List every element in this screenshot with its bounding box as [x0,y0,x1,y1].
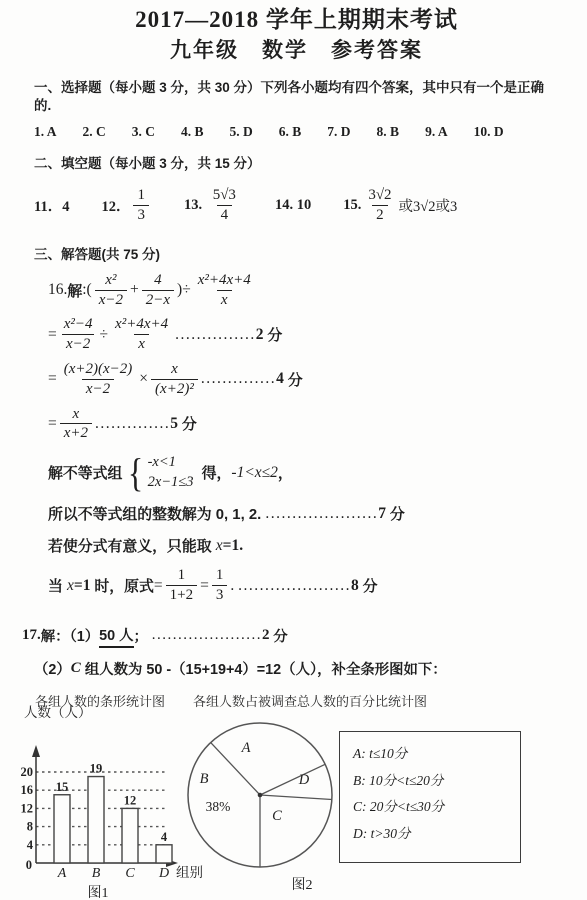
y-tick-label-8: 8 [27,820,33,834]
math-token: 若使分式有意义，只能取 [48,535,216,556]
math-line: 若使分式有意义，只能取 x=1. [48,535,559,556]
y-tick-label-20: 20 [21,765,34,779]
math-line: 解不等式组{-x<12x−1≤3 得，-1<x≤2， [48,453,559,492]
category-label-C: C [125,866,135,881]
math-token: 16. [48,281,67,299]
math-token: 分 [288,369,303,390]
math-token: 所以不等式组的整数解为 0, 1, 2. [48,503,265,524]
pie-label-B: B [200,771,209,787]
fraction: x²+4x+4x [194,272,255,309]
math-token: .............. [95,415,170,433]
choice-answer: 5. D [230,124,253,140]
math-token: ..................... [265,505,378,523]
choice-answer: 4. B [181,124,204,140]
fraction: x²x−2 [95,272,127,309]
pie-legend-box: A: t≤10分B: 10分<t≤20分C: 20分<t≤30分D: t>30分 [339,731,521,863]
system-stack: -x<12x−1≤3 [148,453,194,492]
y-axis-title: 人数（人） [24,704,92,720]
math-token: 4 [276,370,288,388]
system-row-top: -x<1 [148,453,194,473]
math-token: )÷ [177,281,191,299]
pie-label-A: A [241,740,251,756]
bar-A [54,795,70,863]
math-line: 16.解:(x²x−2+42−x)÷x²+4x+4x [48,272,559,309]
choice-answer: 7. D [327,124,350,140]
math-token: 17. [22,627,41,644]
math-token: 2 [256,326,268,344]
math-token: 解：（1） [41,625,99,646]
fraction-denominator: 3 [133,205,149,224]
exam-title: 2017—2018 学年上期期末考试 [34,6,559,35]
fraction-numerator: x [69,406,84,424]
fraction: x(x+2)² [151,361,198,398]
math-line: =xx+2..............5 分 [48,406,559,443]
choice-answers-row: 1. A2. C3. C4. B5. D6. B7. D8. B9. A10. … [34,124,559,140]
fraction-denominator: x−2 [62,334,94,353]
section2-heading: 二、填空题（每小题 3 分，共 15 分） [34,155,559,173]
math-line: =(x+2)(x−2)x−2×x(x+2)²..............4 分 [48,361,559,398]
fill-blank-answer: 14. 10 [275,197,311,214]
fill-blank-answer: 12．13 [101,187,152,224]
math-line: 所以不等式组的整数解为 0, 1, 2. ...................… [48,503,559,524]
fraction: x²−4x−2 [60,316,97,353]
fraction-numerator: x² [101,272,120,290]
fraction: 5√34 [209,187,240,224]
math-token: ， [278,462,293,483]
choice-answer: 1. A [34,124,57,140]
math-token: 分 [363,575,378,596]
math-token: 14. 10 [275,197,311,214]
fraction-numerator: (x+2)(x−2) [60,361,137,379]
y-tick-label-12: 12 [21,801,34,815]
fraction: xx+2 [60,406,92,443]
fraction-numerator: 1 [174,567,190,585]
fraction-numerator: 3√2 [364,187,395,205]
section3-heading: 三、解答题(共 75 分) [34,246,559,264]
math-token: ÷ [100,326,109,344]
choice-answer: 9. A [425,124,448,140]
fraction-numerator: 1 [212,567,228,585]
inequality-solution: 解不等式组{-x<12x−1≤3 得，-1<x≤2，所以不等式组的整数解为 0,… [48,453,559,604]
fraction-numerator: 1 [133,187,149,205]
math-token: + [130,281,139,299]
fraction: 13 [133,187,149,224]
legend-item: B: 10分<t≤20分 [353,771,520,791]
fraction-denominator: x [217,290,232,309]
bar-B [88,777,104,863]
figure2-caption: 图2 [292,877,313,893]
math-token: 12． [101,195,130,216]
math-token: =1 [74,577,94,595]
fraction-denominator: x+2 [60,423,92,442]
category-label-A: A [57,866,67,881]
fraction-denominator: 4 [217,205,233,224]
origin-label: 0 [26,858,32,872]
fraction-denominator: x [134,334,149,353]
fraction-numerator: 5√3 [209,187,240,205]
fraction-denominator: (x+2)² [151,379,198,398]
math-token: 2 [262,627,273,644]
fraction: 13 [212,567,228,604]
math-token: = [48,370,57,388]
math-token: . [230,577,238,595]
y-tick-label-16: 16 [21,783,34,797]
y-axis-arrow [32,745,40,757]
math-token: 11．4 [34,195,69,216]
math-token: 当 [48,575,67,596]
math-token: .............. [201,370,276,388]
math-token: 分 [390,503,405,524]
math-token: 解 [67,280,82,301]
fraction-denominator: x−2 [82,379,114,398]
math-token: 5 [170,415,182,433]
math-token: ............... [175,326,256,344]
underlined-answer: 50 人 [99,624,133,648]
math-token: :( [82,281,91,299]
answer-sheet-page: 2017—2018 学年上期期末考试 九年级 数学 参考答案 一、选择题（每小题… [0,0,587,900]
pie-chart-title: 各组人数占被调查总人数的百分比统计图 [193,691,427,710]
pie-divider-2 [260,764,325,795]
math-token: -1<x≤2 [231,464,278,482]
math-token: x [67,577,74,595]
fraction-numerator: x²+4x+4 [111,316,172,334]
fraction-numerator: x²−4 [60,316,97,334]
figure1-caption: 图1 [88,885,109,900]
math-token: 解不等式组 [48,462,122,483]
fraction: (x+2)(x−2)x−2 [60,361,137,398]
math-token: =1. [223,537,243,555]
fill-blank-answer: 15.3√22或3√2或3 [343,187,457,224]
legend-item: A: t≤10分 [353,744,520,764]
math-token: 或3√2或3 [399,195,458,216]
fraction-numerator: x²+4x+4 [194,272,255,290]
category-label-D: D [158,866,169,881]
math-token: 15. [343,197,361,214]
math-token: 13. [184,197,206,214]
choice-answer: 3. C [132,124,155,140]
math-token: ..................... [238,577,351,595]
fraction: 42−x [142,272,174,309]
y-tick-label-4: 4 [27,838,34,852]
inequality-system: {-x<12x−1≤3 [126,453,193,492]
pie-divider-1 [211,742,260,794]
legend-item: C: 20分<t≤30分 [353,797,520,817]
legend-item: D: t>30分 [353,824,520,844]
problem16-solution: 16.解:(x²x−2+42−x)÷x²+4x+4x=x²−4x−2÷x²+4x… [48,272,559,442]
bar-value-C: 12 [124,793,137,807]
math-token: ..................... [152,627,262,644]
fraction-numerator: x [167,361,182,379]
fraction: 11+2 [166,567,197,604]
left-brace-glyph: { [128,455,143,491]
math-token: 分 [273,625,287,646]
pie-label-D: D [298,772,310,788]
bar-value-D: 4 [161,830,168,844]
pie-percent-label: 38% [206,799,231,814]
fraction-denominator: 3 [212,585,228,604]
fraction-denominator: 2 [372,205,388,224]
fraction-denominator: 2−x [142,290,174,309]
fill-blank-answer: 11．4 [34,195,69,216]
choice-answer: 2. C [83,124,106,140]
fill-blank-answers-row: 11．412．1313. 5√3414. 1015.3√22或3√2或3 [34,180,559,232]
pie-label-C: C [272,808,282,824]
math-line: 当 x=1 时，原式=11+2=13. ....................… [48,567,559,604]
fraction-denominator: x−2 [95,290,127,309]
pie-center-dot [258,793,263,798]
math-token: × [139,370,148,388]
math-token: 组人数为 50 -（15+19+4）=12（人），补全条形图如下： [81,658,447,679]
fraction-numerator: 4 [150,272,166,290]
problem17-part1-line: 17.解：（1）50 人； .....................2 分 [22,624,559,648]
math-token: x [216,537,223,555]
math-token: 7 [378,505,390,523]
system-row-bottom: 2x−1≤3 [148,473,194,493]
fraction-denominator: 1+2 [166,585,197,604]
problem17-part2-line: （2）C 组人数为 50 -（15+19+4）=12（人），补全条形图如下： [34,658,559,679]
math-token: = [48,326,57,344]
math-token: 分 [267,324,282,345]
math-line: =x²−4x−2÷x²+4x+4x...............2 分 [48,316,559,353]
choice-answer: 8. B [377,124,400,140]
bar-chart-figure: 48121620015A19B12C4D人数（人）组别图1 [16,703,206,900]
section1-heading: 一、选择题（每小题 3 分，共 30 分）下列各小题均有四个答案，其中只有一个是… [34,79,559,115]
bar-D [156,845,172,863]
choice-answer: 6. B [279,124,302,140]
math-token: 分 [182,413,197,434]
fraction: 3√22 [364,187,395,224]
category-label-B: B [92,866,101,881]
figures-area: 各组人数的条形统计图 各组人数占被调查总人数的百分比统计图 4812162001… [0,691,587,900]
math-token: = [200,577,209,595]
math-token: = [154,577,163,595]
math-token: 得， [198,462,232,483]
bar-value-B: 19 [90,762,103,776]
math-token: 时，原式 [94,575,154,596]
fill-blank-answer: 13. 5√34 [184,187,243,224]
bar-value-A: 15 [56,780,69,794]
choice-answer: 10. D [474,124,504,140]
pie-divider-3 [260,795,332,800]
math-token: = [48,415,57,433]
fraction: x²+4x+4x [111,316,172,353]
math-token: （2） [34,658,71,679]
math-token: 8 [351,577,363,595]
math-token: C [71,660,81,677]
pie-chart-figure: B38%ADC图2 [182,711,357,900]
math-token: ； [134,625,148,646]
bar-C [122,808,138,863]
exam-subtitle: 九年级 数学 参考答案 [34,37,559,63]
